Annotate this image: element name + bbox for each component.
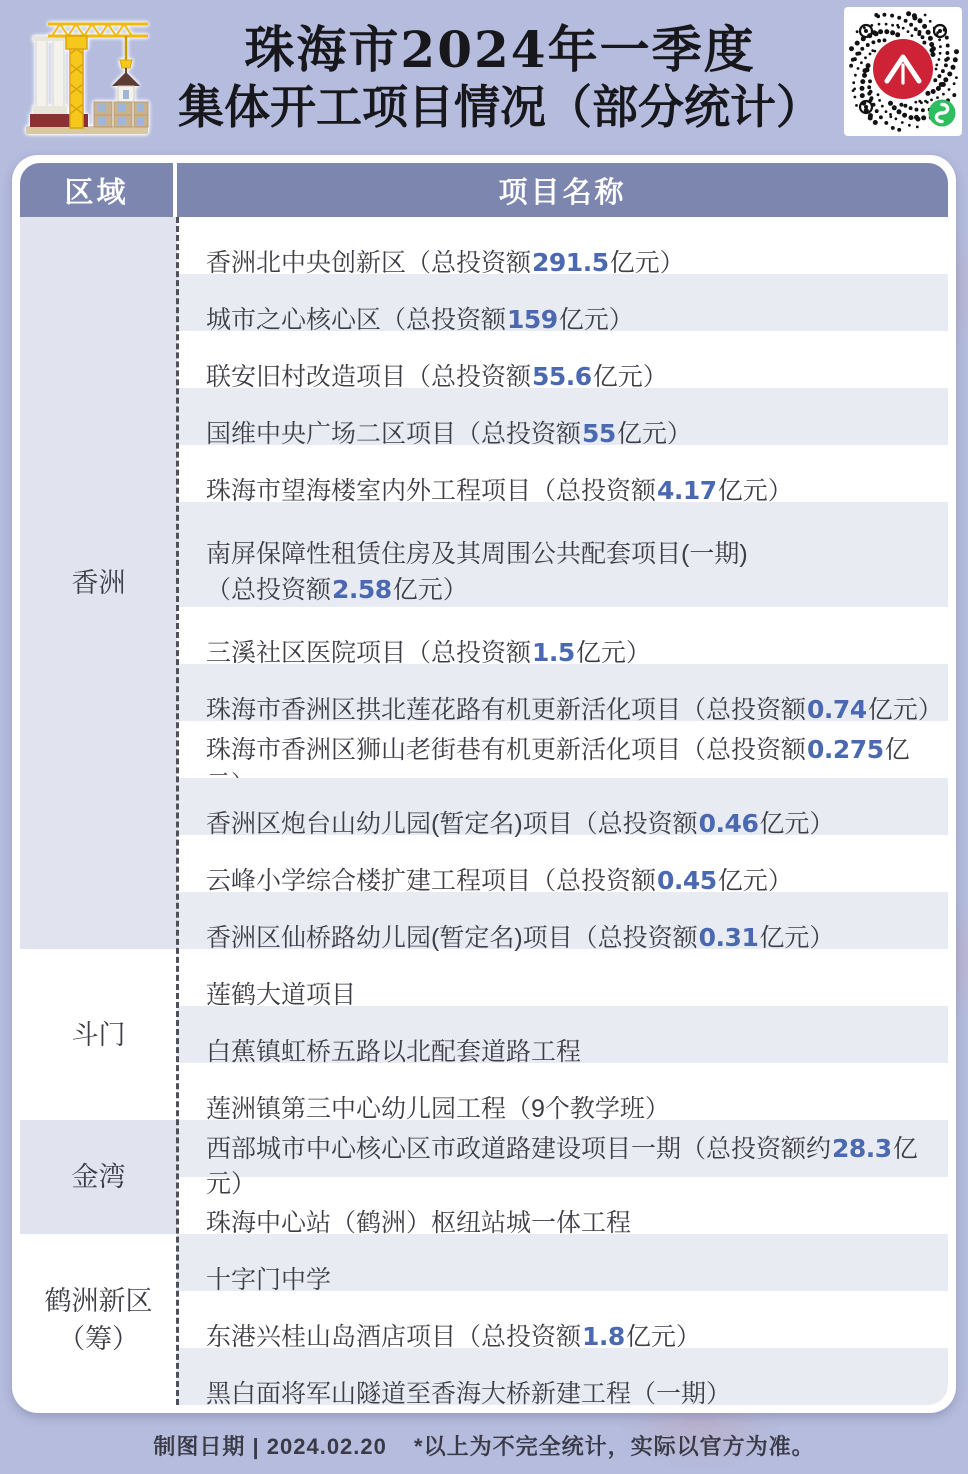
project-name: 珠海市香洲区狮山老街巷有机更新活化项目（总投资额 [206, 736, 806, 764]
region-group: 金湾 西部城市中心核心区市政道路建设项目一期（总投资额约28.3亿元） 珠海中心… [20, 1120, 948, 1234]
region-project-rows: 香洲北中央创新区（总投资额291.5亿元） 城市之心核心区（总投资额159亿元）… [177, 217, 948, 949]
region-project-rows: 西部城市中心核心区市政道路建设项目一期（总投资额约28.3亿元） 珠海中心站（鹤… [177, 1120, 948, 1234]
project-row: 黑白面将军山隧道至香海大桥新建工程（一期） [177, 1348, 948, 1405]
investment-amount: 0.275 [806, 735, 885, 764]
region-project-rows: 莲鹤大道项目 白蕉镇虹桥五路以北配套道路工程 莲洲镇第三中心幼儿园工程（9个教学… [177, 949, 948, 1120]
footer-date: 制图日期 | 2024.02.20 [153, 1434, 387, 1459]
title-line-2: 集体开工项目情况（部分统计） [158, 80, 842, 134]
page-title: 珠海市2024年一季度 集体开工项目情况（部分统计） [158, 20, 842, 134]
footer-spacer [387, 1434, 414, 1459]
project-name: 南屏保障性租赁住房及其周围公共配套项目(一期) （总投资额 [206, 540, 748, 604]
region-group: 鹤洲新区 （筹） 十字门中学 东港兴桂山岛酒店项目（总投资额1.8亿元） 黑白面… [20, 1234, 948, 1405]
project-name-suffix: 亿元） [759, 924, 834, 952]
column-header-project: 项目名称 [177, 163, 948, 217]
region-cell: 斗门 [20, 949, 177, 1120]
region-cell: 金湾 [20, 1120, 177, 1234]
region-cell: 鹤洲新区 （筹） [20, 1234, 177, 1405]
project-row: 珠海中心站（鹤洲）枢纽站城一体工程 [177, 1177, 948, 1234]
header: 珠海市2024年一季度 集体开工项目情况（部分统计） [0, 0, 968, 155]
project-row: 香洲区炮台山幼儿园(暂定名)项目（总投资额0.46亿元） [177, 778, 948, 835]
project-row: 西部城市中心核心区市政道路建设项目一期（总投资额约28.3亿元） [177, 1120, 948, 1177]
project-row: 三溪社区医院项目（总投资额1.5亿元） [177, 607, 948, 664]
project-row: 珠海市望海楼室内外工程项目（总投资额4.17亿元） [177, 445, 948, 502]
region-cell: 香洲 [20, 217, 177, 949]
region-group: 香洲 香洲北中央创新区（总投资额291.5亿元） 城市之心核心区（总投资额159… [20, 217, 948, 949]
title-line-1: 珠海市2024年一季度 [158, 20, 842, 80]
project-row: 云峰小学综合楼扩建工程项目（总投资额0.45亿元） [177, 835, 948, 892]
project-row: 联安旧村改造项目（总投资额55.6亿元） [177, 331, 948, 388]
project-row: 白蕉镇虹桥五路以北配套道路工程 [177, 1006, 948, 1063]
project-row: 十字门中学 [177, 1234, 948, 1291]
footer-disclaimer: *以上为不完全统计，实际以官方为准。 [414, 1434, 815, 1459]
project-row: 城市之心核心区（总投资额159亿元） [177, 274, 948, 331]
column-divider [176, 217, 179, 1405]
investment-amount: 28.3 [831, 1134, 893, 1163]
table-header-row: 区域 项目名称 [20, 163, 948, 217]
region-group: 斗门 莲鹤大道项目 白蕉镇虹桥五路以北配套道路工程 莲洲镇第三中心幼儿园工程（9… [20, 949, 948, 1120]
project-row: 国维中央广场二区项目（总投资额55亿元） [177, 388, 948, 445]
project-name: 黑白面将军山隧道至香海大桥新建工程（一期） [206, 1380, 731, 1406]
investment-amount: 0.31 [698, 923, 760, 952]
table-body: 香洲 香洲北中央创新区（总投资额291.5亿元） 城市之心核心区（总投资额159… [20, 217, 948, 1405]
project-name: 西部城市中心核心区市政道路建设项目一期（总投资额约 [206, 1135, 831, 1163]
project-row: 南屏保障性租赁住房及其周围公共配套项目(一期) （总投资额2.58亿元） [177, 502, 948, 607]
projects-table-card: 区域 项目名称 香洲 香洲北中央创新区（总投资额291.5亿元） 城市之心核心区… [12, 155, 956, 1413]
project-row: 莲鹤大道项目 [177, 949, 948, 1006]
construction-crane-icon [20, 14, 154, 140]
project-row: 珠海市香洲区狮山老街巷有机更新活化项目（总投资额0.275亿元） [177, 721, 948, 778]
footer-note: 制图日期 | 2024.02.20 *以上为不完全统计，实际以官方为准。 [0, 1430, 968, 1461]
region-project-rows: 十字门中学 东港兴桂山岛酒店项目（总投资额1.8亿元） 黑白面将军山隧道至香海大… [177, 1234, 948, 1405]
column-header-region: 区域 [20, 163, 177, 217]
project-row: 香洲北中央创新区（总投资额291.5亿元） [177, 217, 948, 274]
wechat-miniprogram-qr-code [844, 7, 962, 136]
project-row: 香洲区仙桥路幼儿园(暂定名)项目（总投资额0.31亿元） [177, 892, 948, 949]
project-row: 东港兴桂山岛酒店项目（总投资额1.8亿元） [177, 1291, 948, 1348]
